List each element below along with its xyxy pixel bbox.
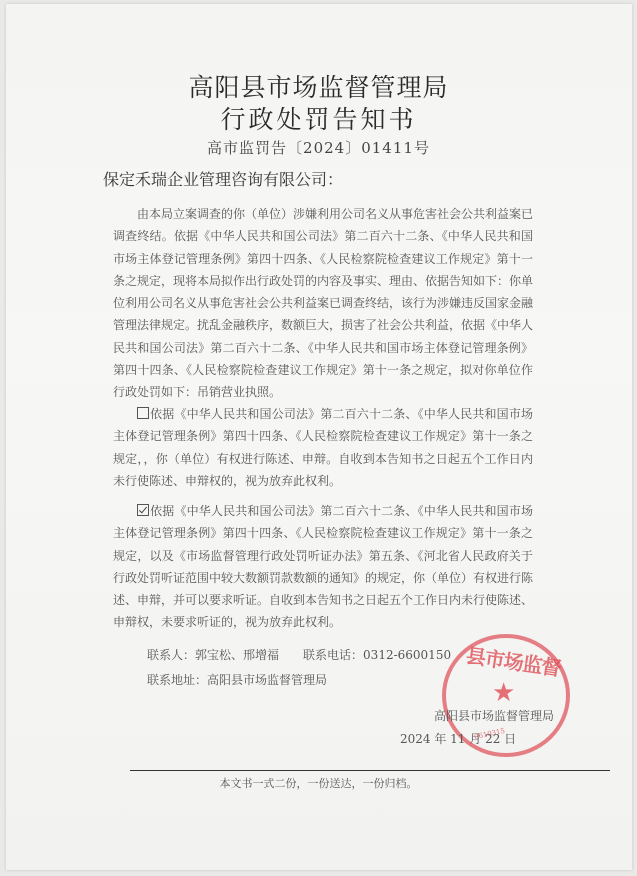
document-number: 高市监罚告〔2024〕01411号 xyxy=(0,137,637,158)
document-title: 行政处罚告知书 xyxy=(0,100,637,136)
paragraph-hearing-right: 依据《中华人民共和国公司法》第二百六十二条、《中华人民共和国市场主体登记管理条例… xyxy=(113,500,533,634)
checkbox-hearing-right[interactable] xyxy=(137,504,149,516)
paragraph-hearing-text: 依据《中华人民共和国公司法》第二百六十二条、《中华人民共和国市场主体登记管理条例… xyxy=(113,504,533,629)
contact-persons-label: 联系人： xyxy=(147,648,195,662)
checkbox-statement-right[interactable] xyxy=(137,407,149,419)
seal-star-icon: ★ xyxy=(492,678,515,708)
contact-phone: 0312-6600150 xyxy=(363,648,451,662)
paragraph-statement-right: 依据《中华人民共和国公司法》第二百六十二条、《中华人民共和国市场主体登记管理条例… xyxy=(113,403,533,492)
signature-org: 高阳县市场监督管理局 xyxy=(434,707,554,724)
contact-line: 联系人：郭宝松、邢增福联系电话：0312-6600150 xyxy=(147,646,451,663)
footer-note: 本文书一式二份，一份送达，一份归档。 xyxy=(0,775,637,791)
signature-date: 2024 年 11 月 22 日 xyxy=(400,730,516,747)
footer-divider xyxy=(130,770,610,771)
recipient: 保定禾瑞企业管理咨询有限公司： xyxy=(103,167,343,190)
contact-address-label: 联系地址： xyxy=(147,673,207,687)
contact-persons: 郭宝松、邢增福 xyxy=(195,648,279,662)
contact-address: 高阳县市场监督管理局 xyxy=(207,673,327,687)
contact-phone-label: 联系电话： xyxy=(303,648,363,662)
address-line: 联系地址：高阳县市场监督管理局 xyxy=(147,671,327,688)
issuer-title: 高阳县市场监督管理局 xyxy=(0,68,637,104)
paragraph-facts: 由本局立案调查的你（单位）涉嫌利用公司名义从事危害社会公共利益案已调查终结。依据… xyxy=(113,203,533,404)
paragraph-statement-text: 依据《中华人民共和国公司法》第二百六十二条、《中华人民共和国市场主体登记管理条例… xyxy=(113,407,533,488)
